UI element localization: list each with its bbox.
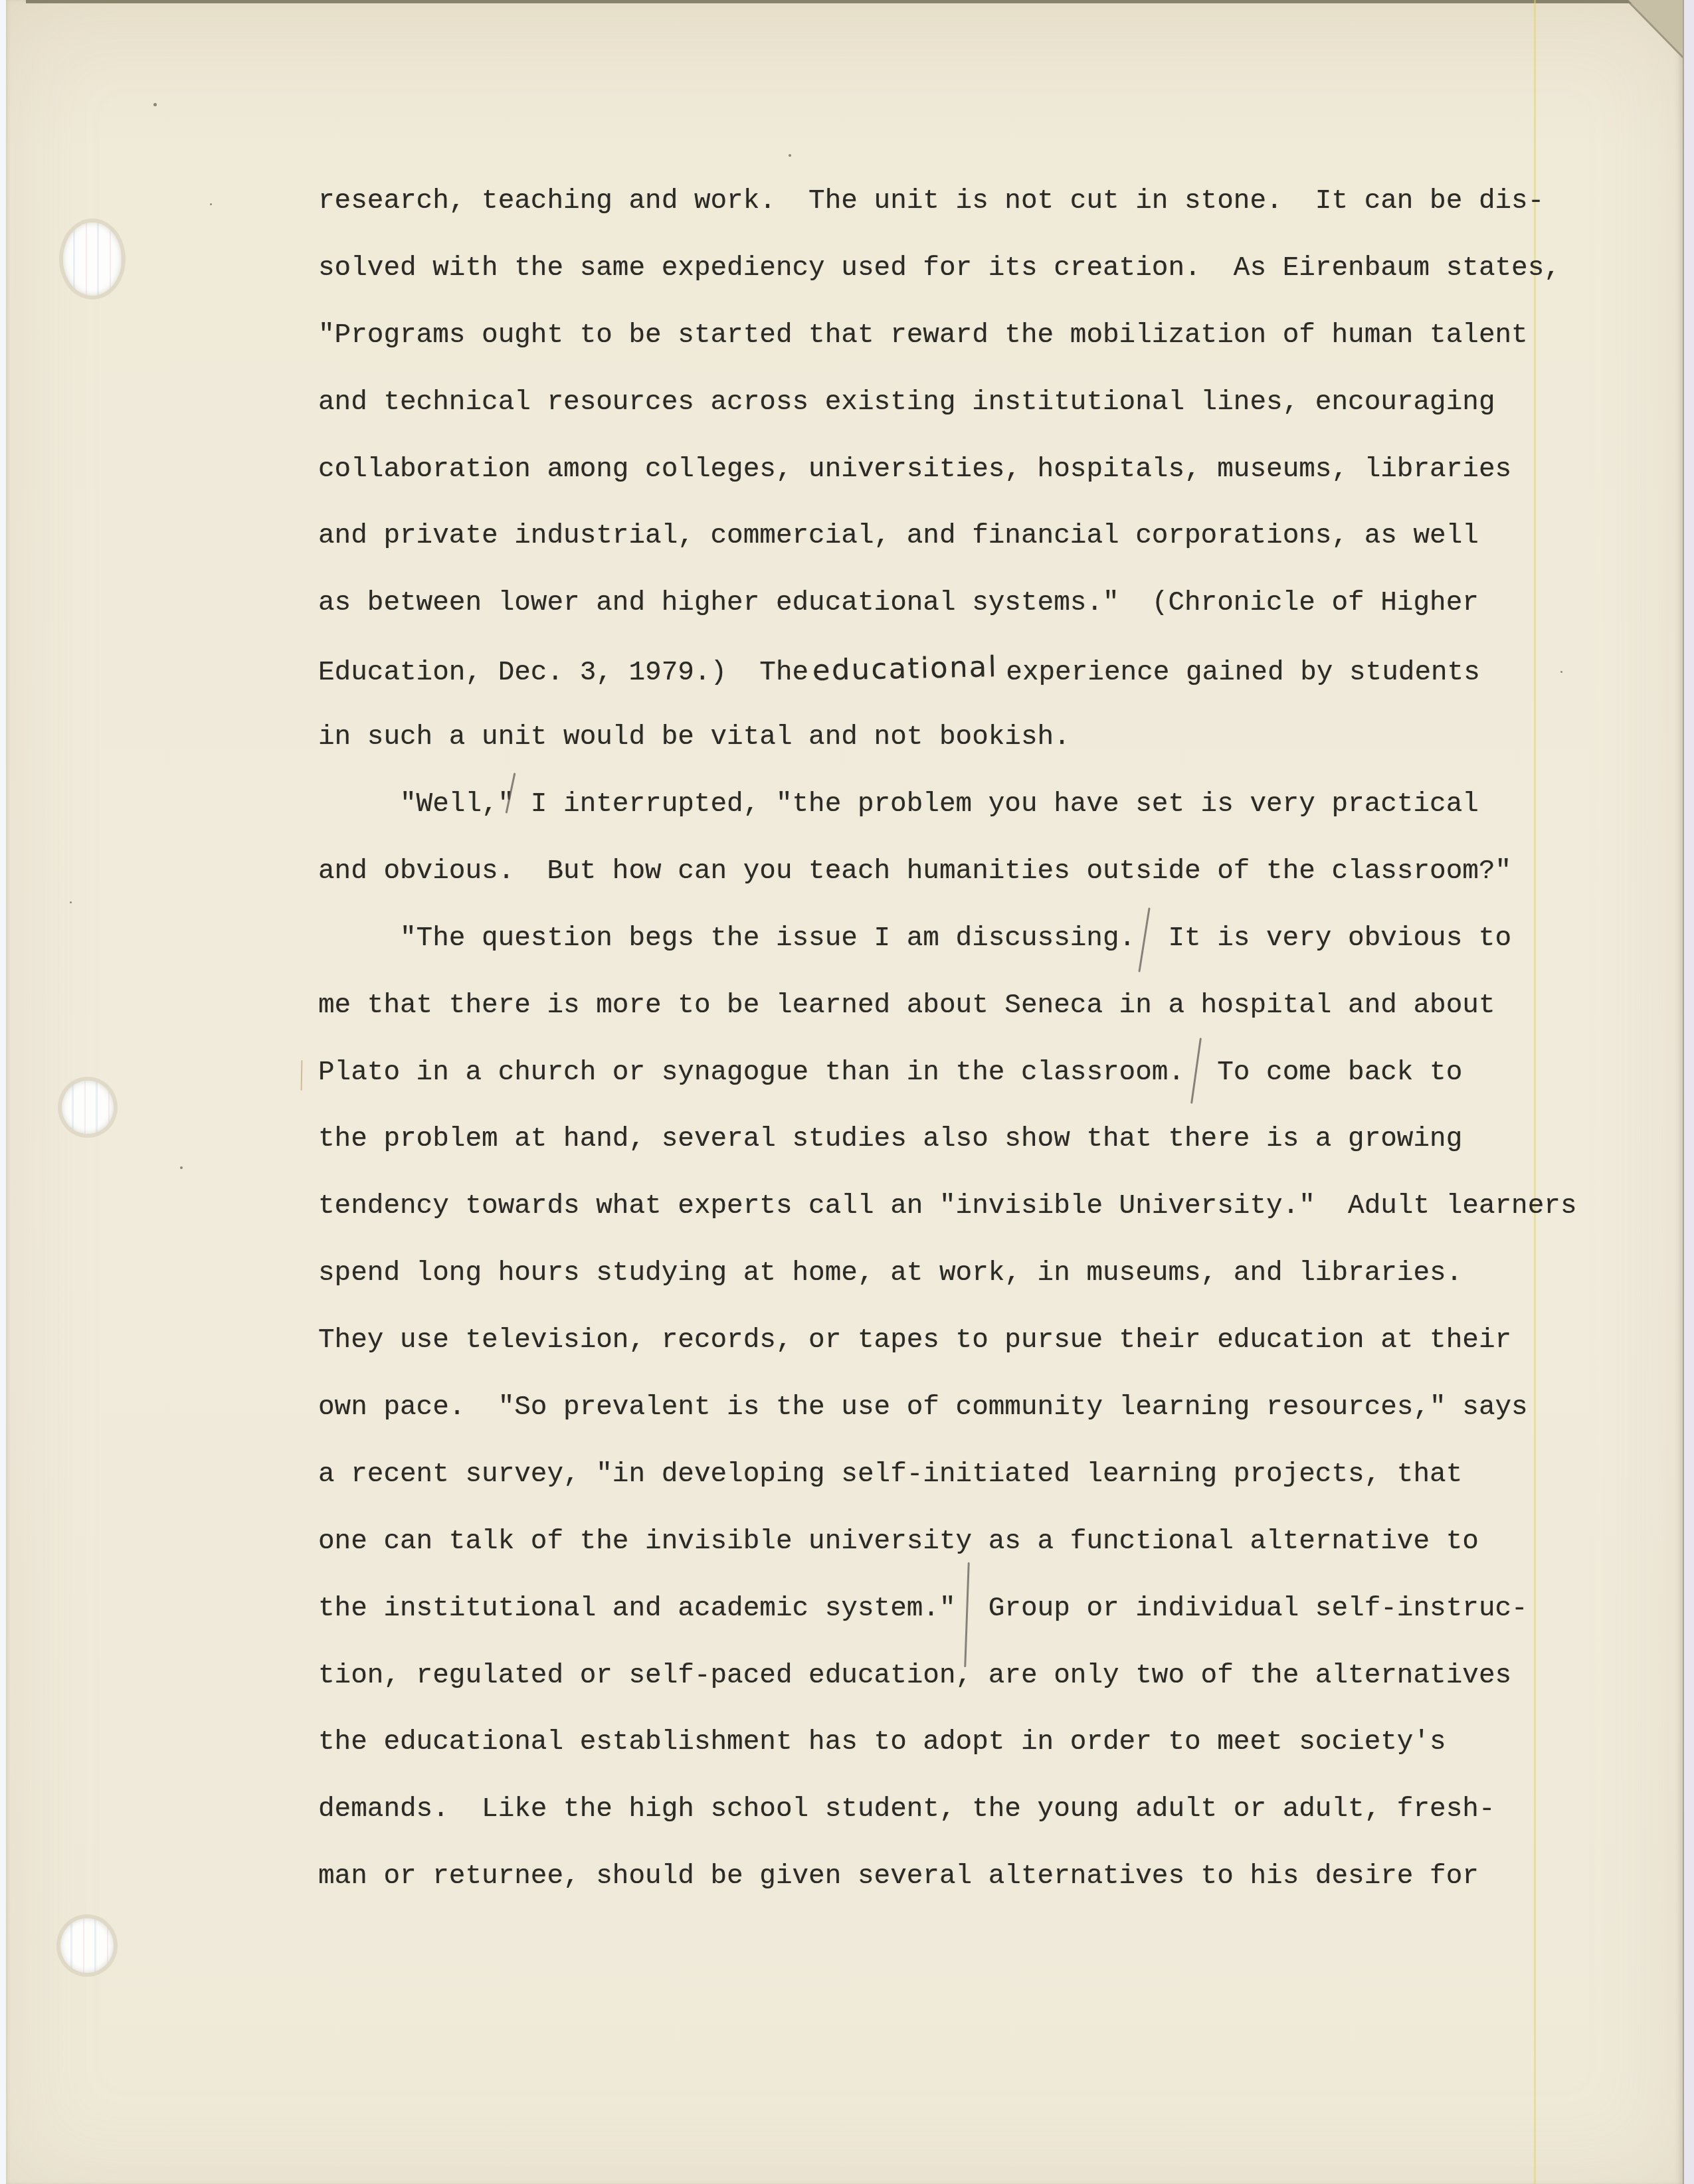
text-line: man or returnee, should be given several… <box>318 1843 1634 1910</box>
typed-text-segment: experience gained by students <box>1006 658 1480 688</box>
punch-hole-top <box>63 223 122 296</box>
text-line: the educational establishment has to ado… <box>318 1709 1634 1776</box>
scan-right-margin <box>1683 0 1694 2184</box>
typed-text-segment: Education, Dec. 3, 1979.) The <box>318 658 808 688</box>
handwritten-correction: educational <box>812 634 998 705</box>
dust-speck <box>180 1166 183 1169</box>
text-line: research, teaching and work. The unit is… <box>318 168 1634 235</box>
punch-hole-middle <box>62 1081 114 1134</box>
text-line: "Programs ought to be started that rewar… <box>318 302 1634 369</box>
scan-left-margin <box>0 0 6 2184</box>
dust-speck <box>789 154 791 157</box>
text-line: the problem at hand, several studies als… <box>318 1106 1634 1173</box>
faint-tick-left-of-plato <box>301 1060 303 1091</box>
text-line: They use television, records, or tapes t… <box>318 1307 1634 1374</box>
dust-speck <box>210 203 212 205</box>
text-line: and technical resources across existing … <box>318 369 1634 436</box>
text-line: as between lower and higher educational … <box>318 570 1634 637</box>
text-line: own pace. "So prevalent is the use of co… <box>318 1374 1634 1441</box>
typed-text: research, teaching and work. The unit is… <box>318 168 1634 1910</box>
punch-hole-bottom <box>60 1918 114 1973</box>
text-line: solved with the same expediency used for… <box>318 235 1634 302</box>
dust-speck <box>70 901 72 903</box>
text-line: the institutional and academic system." … <box>318 1576 1634 1643</box>
text-line: "Well," I interrupted, "the problem you … <box>318 771 1634 838</box>
text-line: one can talk of the invisible university… <box>318 1508 1634 1576</box>
dust-speck <box>1560 671 1562 673</box>
page-top-edge <box>26 0 1653 3</box>
text-line: "The question begs the issue I am discus… <box>318 905 1634 972</box>
text-line: collaboration among colleges, universiti… <box>318 436 1634 503</box>
text-line: Plato in a church or synagogue than in t… <box>318 1040 1634 1107</box>
text-line: spend long hours studying at home, at wo… <box>318 1240 1634 1307</box>
text-line: and private industrial, commercial, and … <box>318 503 1634 570</box>
dust-speck <box>153 103 157 106</box>
text-line: in such a unit would be vital and not bo… <box>318 704 1634 771</box>
text-line: and obvious. But how can you teach human… <box>318 838 1634 905</box>
text-line: me that there is more to be learned abou… <box>318 972 1634 1040</box>
text-line: a recent survey, "in developing self-ini… <box>318 1441 1634 1508</box>
text-line: tendency towards what experts call an "i… <box>318 1173 1634 1240</box>
typewritten-page: research, teaching and work. The unit is… <box>6 0 1683 2184</box>
text-line: Education, Dec. 3, 1979.) Theeducational… <box>318 637 1634 704</box>
text-line: tion, regulated or self-paced education,… <box>318 1643 1634 1710</box>
scanned-document: research, teaching and work. The unit is… <box>0 0 1694 2184</box>
text-line: demands. Like the high school student, t… <box>318 1776 1634 1843</box>
